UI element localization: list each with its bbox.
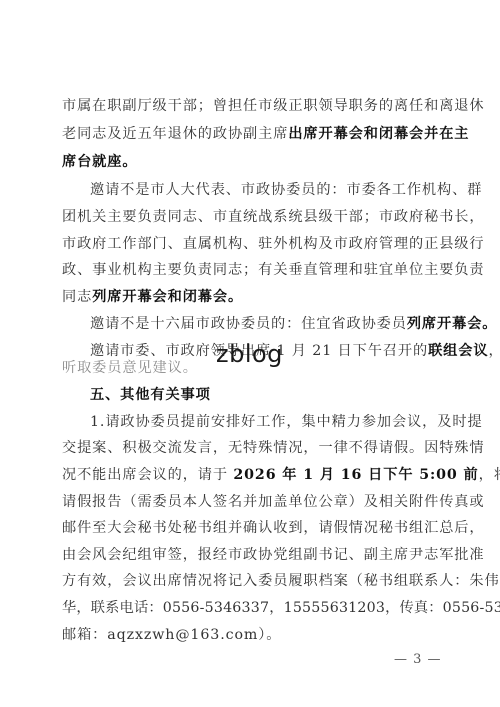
- text: 邀请不是十六届市政协委员的：住宜省政协委员: [90, 316, 407, 332]
- text: 市政府工作部门、直属机构、驻外机构及市政府管理的正县级行: [62, 236, 484, 252]
- text: 老同志及近五年退休的政协副主席: [62, 126, 288, 142]
- bold-text: 出席开幕会和闭幕会并在主: [288, 126, 469, 142]
- text: 邮件至大会秘书处秘书组并确认收到，请假情况秘书组汇总后，: [62, 520, 484, 536]
- text: 政、事业机构主要负责同志；有关垂直管理和驻宜单位主要负责: [62, 262, 484, 278]
- paragraph-line: 市属在职副厅级干部；曾担任市级正职领导职务的离任和离退休: [62, 96, 442, 116]
- text: 邀请不是市人大代表、市政协委员的：市委各工作机构、群: [90, 182, 482, 198]
- text: 交提案、积极交流发言，无特殊情况，一律不得请假。因特殊情: [62, 440, 484, 456]
- page-number: — 3 —: [394, 652, 442, 667]
- paragraph-line: 1.请政协委员提前安排好工作，集中精力参加会议，及时提: [90, 412, 442, 432]
- paragraph-line: 邀请不是市人大代表、市政协委员的：市委各工作机构、群: [90, 180, 442, 200]
- text: 华，联系电话：0556-5346337，15555631203，传真：0556-…: [62, 600, 500, 616]
- text: 邮箱：aqzxzwh@163.com）。: [62, 627, 281, 643]
- text: 同志: [62, 289, 92, 305]
- paragraph-line: 华，联系电话：0556-5346337，15555631203，传真：0556-…: [62, 598, 442, 618]
- text: 团机关主要负责同志、市直统战系统县级干部；市政府秘书长，: [62, 209, 484, 225]
- paragraph-line: 方有效，会议出席情况将记入委员履职档案（秘书组联系人：朱伟: [62, 571, 442, 591]
- text: 方有效，会议出席情况将记入委员履职档案（秘书组联系人：朱伟: [62, 573, 500, 589]
- paragraph-line: 老同志及近五年退休的政协副主席出席开幕会和闭幕会并在主: [62, 124, 442, 144]
- text: 市属在职副厅级干部；曾担任市级正职领导职务的离任和离退休: [62, 98, 484, 114]
- paragraph-line: 邀请不是十六届市政协委员的：住宜省政协委员列席开幕会。: [90, 314, 442, 334]
- paragraph-line: 席台就座。: [62, 152, 442, 172]
- text: ，: [488, 343, 500, 359]
- paragraph-line: 市政府工作部门、直属机构、驻外机构及市政府管理的正县级行: [62, 234, 442, 254]
- text: 1.请政协委员提前安排好工作，集中精力参加会议，及时提: [90, 414, 483, 430]
- bold-text: 2026 年 1 月 16 日下午 5:00 前: [233, 467, 478, 483]
- bold-text: 列席开幕会和闭幕会。: [92, 289, 243, 305]
- paragraph-line: 交提案、积极交流发言，无特殊情况，一律不得请假。因特殊情: [62, 438, 442, 458]
- bold-text: 席台就座。: [62, 154, 137, 170]
- heading-text: 五、其他有关事项: [90, 387, 211, 403]
- watermark: zblog: [216, 340, 283, 368]
- paragraph-line: 同志列席开幕会和闭幕会。: [62, 287, 442, 307]
- text: 听取委员意见建议。: [62, 360, 198, 376]
- bold-text: 联组会议: [428, 343, 488, 359]
- paragraph-line: 况不能出席会议的，请于 2026 年 1 月 16 日下午 5:00 前，将书面: [62, 465, 442, 485]
- paragraph-line: 邮箱：aqzxzwh@163.com）。: [62, 625, 442, 645]
- text: 由会风会纪组审签，报经市政协党组副书记、副主席尹志军批准: [62, 547, 484, 563]
- text: 请假报告（需委员本人签名并加盖单位公章）及相关附件传真或: [62, 494, 484, 510]
- paragraph-line: 请假报告（需委员本人签名并加盖单位公章）及相关附件传真或: [62, 492, 442, 512]
- bold-text: 列席开幕会。: [407, 316, 498, 332]
- section-heading: 五、其他有关事项: [90, 385, 442, 405]
- paragraph-line: 团机关主要负责同志、市直统战系统县级干部；市政府秘书长，: [62, 207, 442, 227]
- text: ，将书面: [479, 467, 500, 483]
- paragraph-line: 由会风会纪组审签，报经市政协党组副书记、副主席尹志军批准: [62, 545, 442, 565]
- text: 况不能出席会议的，请于: [62, 467, 233, 483]
- paragraph-line: 政、事业机构主要负责同志；有关垂直管理和驻宜单位主要负责: [62, 260, 442, 280]
- paragraph-line: 邮件至大会秘书处秘书组并确认收到，请假情况秘书组汇总后，: [62, 518, 442, 538]
